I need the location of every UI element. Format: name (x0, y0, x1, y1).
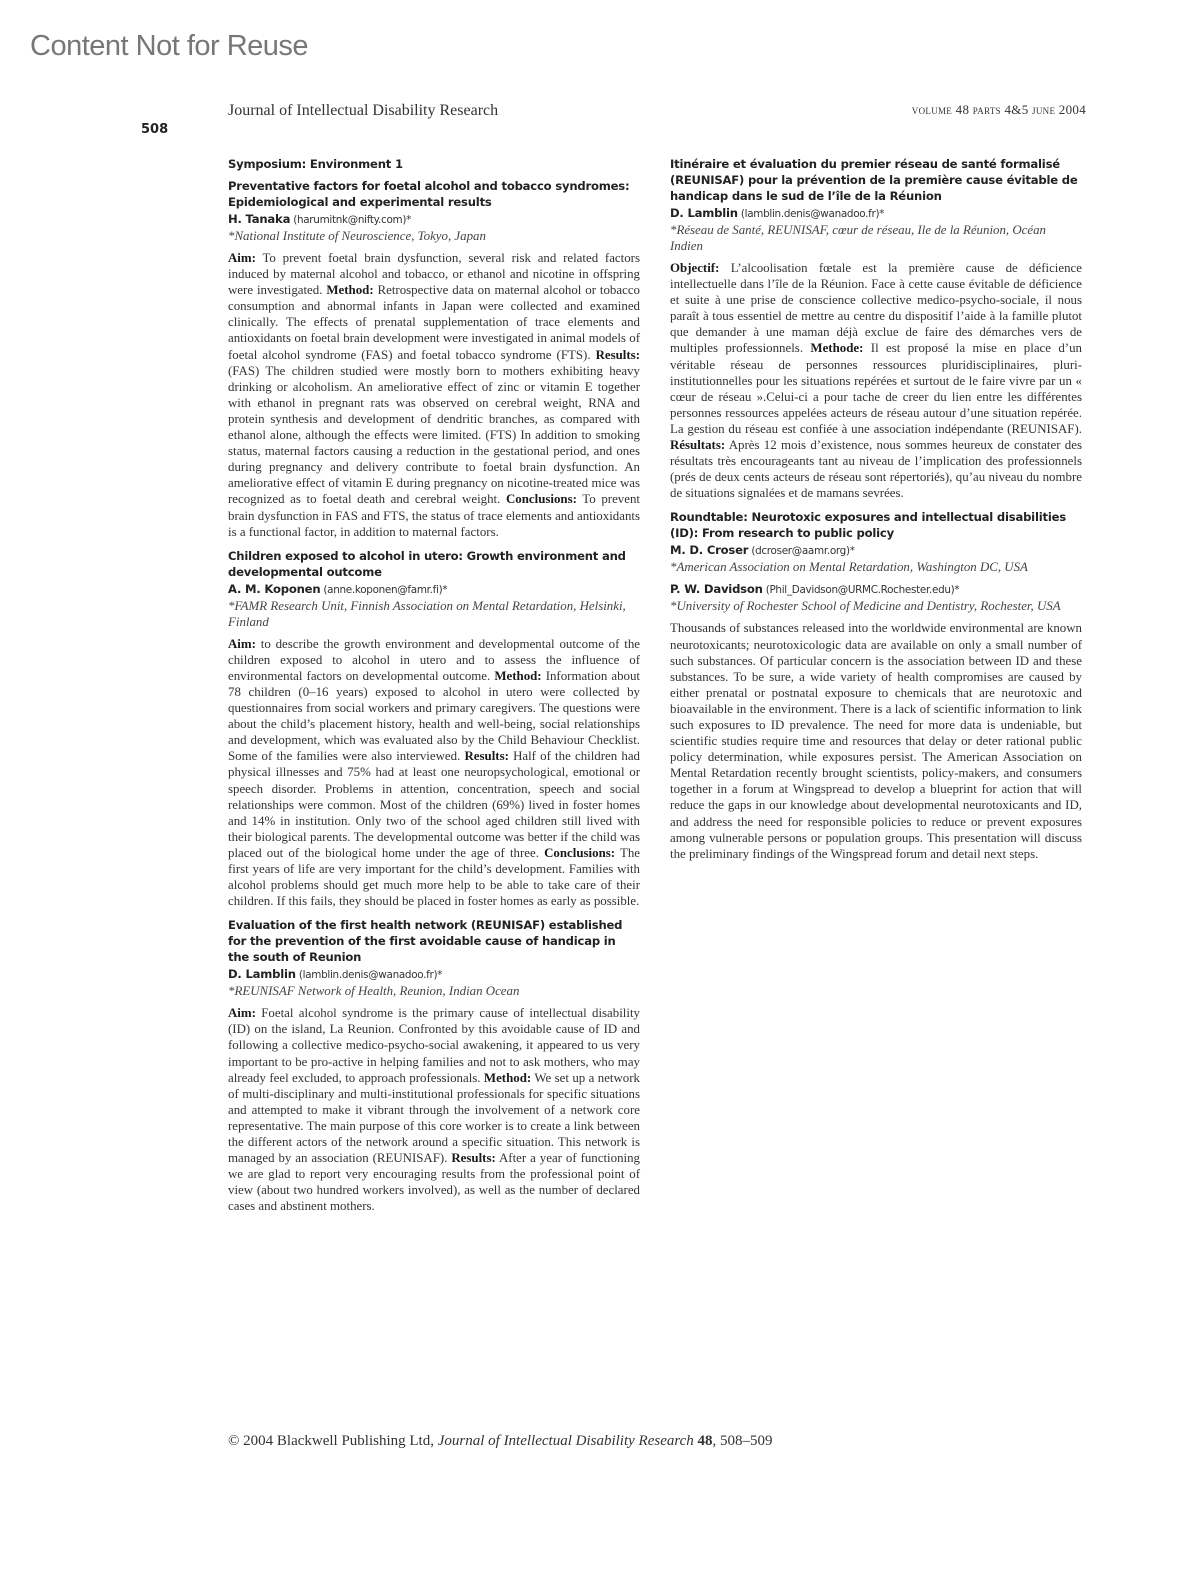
abstract-body: Objectif: L’alcoolisation fœtale est la … (670, 260, 1082, 501)
author-affiliation: *National Institute of Neuroscience, Tok… (228, 228, 640, 244)
label-method: Method: (494, 669, 541, 683)
label-conclusions: Conclusions: (506, 492, 577, 506)
author-affiliation: *American Association on Mental Retardat… (670, 559, 1082, 575)
abstract-lamblin-en: Evaluation of the first health network (… (228, 917, 640, 1214)
abstract-tanaka: Preventative factors for foetal alcohol … (228, 178, 640, 540)
label-method: Method: (484, 1071, 531, 1085)
author-email: (dcroser@aamr.org)* (751, 545, 854, 557)
page-number: 508 (141, 122, 168, 137)
footer-copyright: © 2004 Blackwell Publishing Ltd, (228, 1433, 438, 1449)
abstract-title: Itinéraire et évaluation du premier rése… (670, 156, 1082, 204)
label-methode: Methode: (810, 341, 863, 355)
text-results: Half of the children had physical illnes… (228, 749, 640, 860)
abstract-title: Preventative factors for foetal alcohol … (228, 178, 640, 210)
abstract-title: Children exposed to alcohol in utero: Gr… (228, 548, 640, 580)
author-affiliation: *Réseau de Santé, REUNISAF, cœur de rése… (670, 222, 1082, 254)
text-results: (FAS) The children studied were mostly b… (228, 364, 640, 507)
footer-pages: , 508–509 (713, 1433, 773, 1449)
footer-citation: © 2004 Blackwell Publishing Ltd, Journal… (228, 1433, 773, 1450)
author-email: (lamblin.denis@wanadoo.fr)* (741, 208, 884, 220)
author-line: M. D. Croser (dcroser@aamr.org)* (670, 542, 1082, 559)
author-name: D. Lamblin (670, 206, 738, 220)
abstract-body: Thousands of substances released into th… (670, 620, 1082, 861)
text-resultats: Après 12 mois d’existence, nous sommes h… (670, 438, 1082, 500)
label-aim: Aim: (228, 251, 256, 265)
label-conclusions: Conclusions: (544, 846, 615, 860)
author-line: H. Tanaka (harumitnk@nifty.com)* (228, 211, 640, 228)
label-objectif: Objectif: (670, 261, 719, 275)
abstract-body: Aim: Foetal alcohol syndrome is the prim… (228, 1005, 640, 1214)
author-name: M. D. Croser (670, 543, 748, 557)
text-methode: Il est proposé la mise en place d’un vér… (670, 341, 1082, 435)
footer-journal: Journal of Intellectual Disability Resea… (438, 1433, 694, 1449)
abstract-roundtable: Roundtable: Neurotoxic exposures and int… (670, 509, 1082, 861)
label-method: Method: (326, 283, 373, 297)
label-aim: Aim: (228, 637, 256, 651)
author-email: (anne.koponen@famr.fi)* (323, 584, 447, 596)
author-name: H. Tanaka (228, 212, 290, 226)
footer-volume: 48 (694, 1433, 713, 1449)
running-head: Journal of Intellectual Disability Resea… (228, 102, 1086, 120)
author-name: P. W. Davidson (670, 582, 763, 596)
author-name: A. M. Koponen (228, 582, 320, 596)
author-line: A. M. Koponen (anne.koponen@famr.fi)* (228, 581, 640, 598)
left-column: Symposium: Environment 1 Preventative fa… (228, 156, 640, 1223)
abstract-body: Aim: To prevent foetal brain dysfunction… (228, 250, 640, 540)
author-affiliation: *REUNISAF Network of Health, Reunion, In… (228, 983, 640, 999)
abstract-koponen: Children exposed to alcohol in utero: Gr… (228, 548, 640, 910)
journal-title: Journal of Intellectual Disability Resea… (228, 102, 498, 120)
author-email: (harumitnk@nifty.com)* (293, 214, 411, 226)
text-body: Thousands of substances released into th… (670, 621, 1082, 860)
label-results: Results: (451, 1151, 495, 1165)
section-heading: Symposium: Environment 1 (228, 156, 640, 172)
abstract-title: Roundtable: Neurotoxic exposures and int… (670, 509, 1082, 541)
abstract-lamblin-fr: Itinéraire et évaluation du premier rése… (670, 156, 1082, 501)
label-results: Results: (596, 348, 640, 362)
watermark: Content Not for Reuse (30, 30, 308, 63)
author-email: (lamblin.denis@wanadoo.fr)* (299, 969, 442, 981)
abstract-title: Evaluation of the first health network (… (228, 917, 640, 965)
abstract-body: Aim: to describe the growth environment … (228, 636, 640, 910)
right-column: Itinéraire et évaluation du premier rése… (670, 156, 1082, 870)
label-aim: Aim: (228, 1006, 256, 1020)
author-email: (Phil_Davidson@URMC.Rochester.edu)* (766, 584, 960, 596)
author-name: D. Lamblin (228, 967, 296, 981)
author-affiliation: *University of Rochester School of Medic… (670, 598, 1082, 614)
volume-info: VOLUME 48 PARTS 4&5 JUNE 2004 (912, 102, 1086, 120)
label-results: Results: (464, 749, 508, 763)
author-line: D. Lamblin (lamblin.denis@wanadoo.fr)* (228, 966, 640, 983)
author-line: D. Lamblin (lamblin.denis@wanadoo.fr)* (670, 205, 1082, 222)
author-affiliation: *FAMR Research Unit, Finnish Association… (228, 598, 640, 630)
label-resultats: Résultats: (670, 438, 725, 452)
author-line: P. W. Davidson (Phil_Davidson@URMC.Roche… (670, 581, 1082, 598)
